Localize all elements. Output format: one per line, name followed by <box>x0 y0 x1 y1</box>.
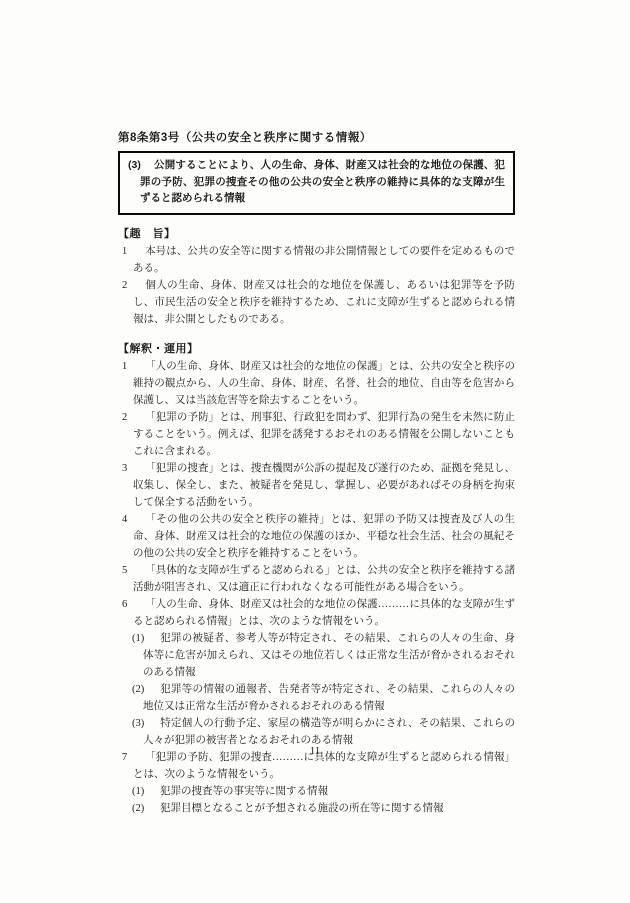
document-page: 第8条第3号（公共の安全と秩序に関する情報） (3)公開することにより、人の生命… <box>0 0 630 903</box>
item-text: 本号は、公共の安全等に関する情報の非公開情報としての要件を定めるものである。 <box>133 246 515 274</box>
item-text: 「その他の公共の安全と秩序の維持」とは、犯罪の予防又は捜査及び人の生命、身体、財… <box>133 514 515 559</box>
shushi-item-2: 2個人の生命、身体、財産又は社会的な地位を保護し、あるいは犯罪等を予防し、市民生… <box>118 277 515 328</box>
kaishaku-item7-sub-1: (1)犯罪の捜査等の事実等に関する情報 <box>132 783 515 800</box>
page-content: 第8条第3号（公共の安全と秩序に関する情報） (3)公開することにより、人の生命… <box>118 130 515 817</box>
kaishaku-item-1: 1「人の生命、身体、財産又は社会的な地位の保護」とは、公共の安全と秩序の維持の観… <box>118 358 515 409</box>
subitem-number: (2) <box>132 681 160 698</box>
provision-box: (3)公開することにより、人の生命、身体、財産又は社会的な地位の保護、犯罪の予防… <box>118 151 515 215</box>
kaishaku-item-5: 5「具体的な支障が生ずると認められる」とは、公共の安全と秩序を維持する諸活動が阻… <box>118 562 515 596</box>
item-text: 「犯罪の予防」とは、刑事犯、行政犯を問わず、犯罪行為の発生を未然に防止することを… <box>133 412 515 457</box>
section-heading-kaishaku: 【解釈・運用】 <box>118 341 515 358</box>
subitem-number: (2) <box>132 800 160 817</box>
kaishaku-item6-sub-3: (3)特定個人の行動予定、家屋の構造等が明らかにされ、その結果、これらの人々が犯… <box>132 715 515 749</box>
kaishaku-item-2: 2「犯罪の予防」とは、刑事犯、行政犯を問わず、犯罪行為の発生を未然に防止すること… <box>118 409 515 460</box>
item-text: 個人の生命、身体、財産又は社会的な地位を保護し、あるいは犯罪等を予防し、市民生活… <box>133 280 515 325</box>
provision-number: (3) <box>128 157 154 174</box>
item-number: 1 <box>122 243 145 260</box>
item-text: 「人の生命、身体、財産又は社会的な地位の保護」とは、公共の安全と秩序の維持の観点… <box>133 361 515 406</box>
kaishaku-item-3: 3「犯罪の捜査」とは、捜査機関が公訴の提起及び遂行のため、証拠を発見し、収集し、… <box>118 460 515 511</box>
kaishaku-item-4: 4「その他の公共の安全と秩序の維持」とは、犯罪の予防又は捜査及び人の生命、身体、… <box>118 511 515 562</box>
kaishaku-item6-sub-1: (1)犯罪の被疑者、参考人等が特定され、その結果、これらの人々の生命、身体等に危… <box>132 630 515 681</box>
kaishaku-item-6: 6「人の生命、身体、財産又は社会的な地位の保護………に具体的な支障が生ずると認め… <box>118 596 515 630</box>
subitem-text: 犯罪等の情報の通報者、告発者等が特定され、その結果、これらの人々の地位又は正常な… <box>143 684 515 712</box>
item-number: 2 <box>122 409 145 426</box>
article-title: 第8条第3号（公共の安全と秩序に関する情報） <box>118 130 515 146</box>
item-number: 1 <box>122 358 145 375</box>
item-number: 5 <box>122 562 145 579</box>
subitem-number: (1) <box>132 783 160 800</box>
subitem-text: 犯罪の被疑者、参考人等が特定され、その結果、これらの人々の生命、身体等に危害が加… <box>143 633 515 678</box>
subitem-number: (1) <box>132 630 160 647</box>
provision-text: (3)公開することにより、人の生命、身体、財産又は社会的な地位の保護、犯罪の予防… <box>128 157 505 207</box>
shushi-item-1: 1本号は、公共の安全等に関する情報の非公開情報としての要件を定めるものである。 <box>118 243 515 277</box>
item-number: 2 <box>122 277 145 294</box>
section-heading-shushi: 【趣 旨】 <box>118 226 515 243</box>
item-number: 3 <box>122 460 145 477</box>
item-text: 「具体的な支障が生ずると認められる」とは、公共の安全と秩序を維持する諸活動が阻害… <box>133 565 515 593</box>
subitem-text: 特定個人の行動予定、家屋の構造等が明らかにされ、その結果、これらの人々が犯罪の被… <box>143 718 515 746</box>
kaishaku-item6-sub-2: (2)犯罪等の情報の通報者、告発者等が特定され、その結果、これらの人々の地位又は… <box>132 681 515 715</box>
item-number: 4 <box>122 511 145 528</box>
provision-body: 公開することにより、人の生命、身体、財産又は社会的な地位の保護、犯罪の予防、犯罪… <box>140 159 505 204</box>
subitem-text: 犯罪の捜査等の事実等に関する情報 <box>160 786 328 797</box>
kaishaku-item7-sub-2: (2)犯罪目標となることが予想される施設の所在等に関する情報 <box>132 800 515 817</box>
subitem-text: 犯罪目標となることが予想される施設の所在等に関する情報 <box>160 803 444 814</box>
subitem-number: (3) <box>132 715 160 732</box>
item-text: 「人の生命、身体、財産又は社会的な地位の保護………に具体的な支障が生ずると認めら… <box>133 599 515 627</box>
page-number: 11 <box>0 745 630 757</box>
item-number: 6 <box>122 596 145 613</box>
item-text: 「犯罪の捜査」とは、捜査機関が公訴の提起及び遂行のため、証拠を発見し、収集し、保… <box>133 463 515 508</box>
